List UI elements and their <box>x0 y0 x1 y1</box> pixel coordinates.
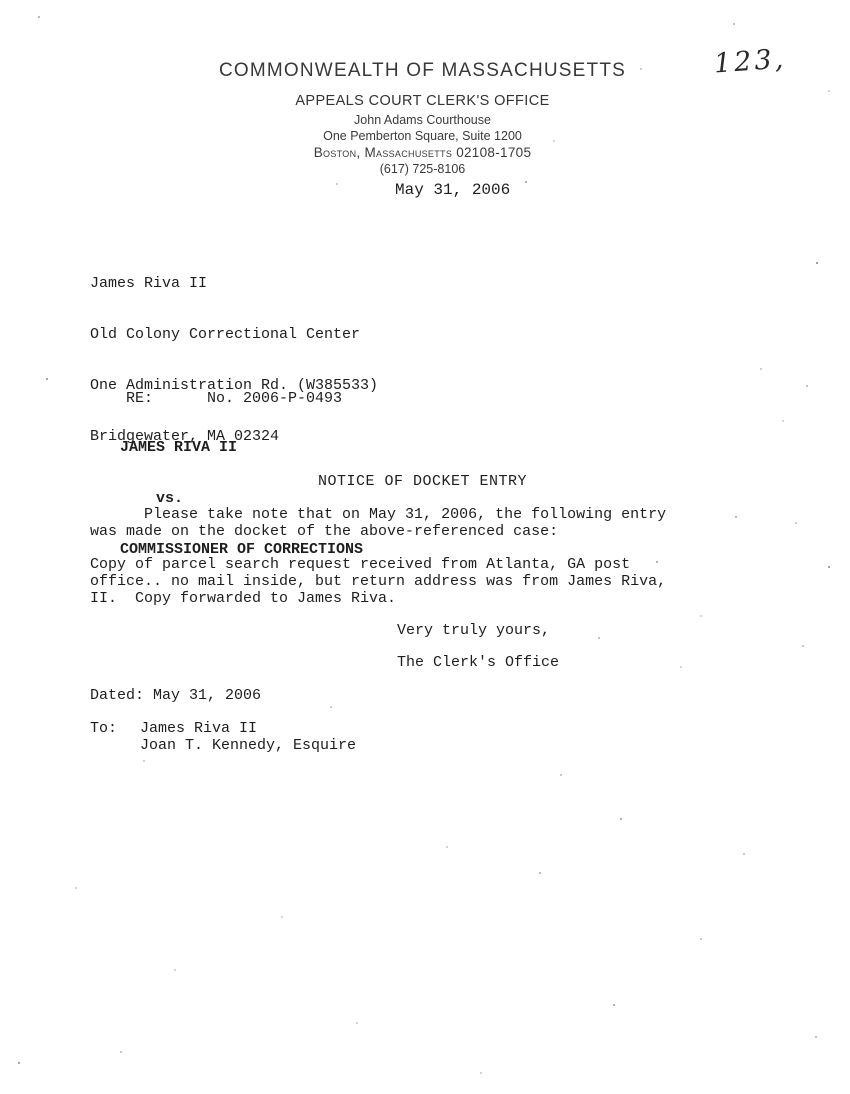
letterhead: COMMONWEALTH OF MASSACHUSETTS APPEALS CO… <box>0 60 845 176</box>
caption-vs: vs. <box>120 490 363 507</box>
scanned-letter-page: 123, COMMONWEALTH OF MASSACHUSETTS APPEA… <box>0 0 850 1094</box>
docket-entry-paragraph: Copy of parcel search request received f… <box>90 556 770 607</box>
date-line: May 31, 2006 <box>395 182 510 199</box>
letterhead-org: COMMONWEALTH OF MASSACHUSETTS <box>0 60 845 82</box>
letterhead-address: One Pemberton Square, Suite 1200 <box>0 129 845 143</box>
valediction: Very truly yours, <box>397 622 550 639</box>
letterhead-office: APPEALS COURT CLERK'S OFFICE <box>0 93 845 109</box>
notice-intro-paragraph: Please take note that on May 31, 2006, t… <box>90 506 770 540</box>
notice-heading: NOTICE OF DOCKET ENTRY <box>0 473 845 490</box>
letterhead-phone: (617) 725-8106 <box>0 162 845 176</box>
to-label: To: <box>90 720 117 754</box>
letterhead-city: Boston, Massachusetts 02108-1705 <box>0 145 845 160</box>
to-block: To: James Riva II Joan T. Kennedy, Esqui… <box>90 720 356 754</box>
scan-noise <box>0 0 2 2</box>
recipient-name: James Riva II <box>90 275 378 292</box>
caption-appellant: JAMES RIVA II <box>120 439 363 456</box>
signature-line: The Clerk's Office <box>397 654 559 671</box>
dated-line: Dated: May 31, 2006 <box>90 687 261 704</box>
letterhead-building: John Adams Courthouse <box>0 113 845 127</box>
to-recipients: James Riva II Joan T. Kennedy, Esquire <box>140 720 356 754</box>
recipient-institution: Old Colony Correctional Center <box>90 326 378 343</box>
